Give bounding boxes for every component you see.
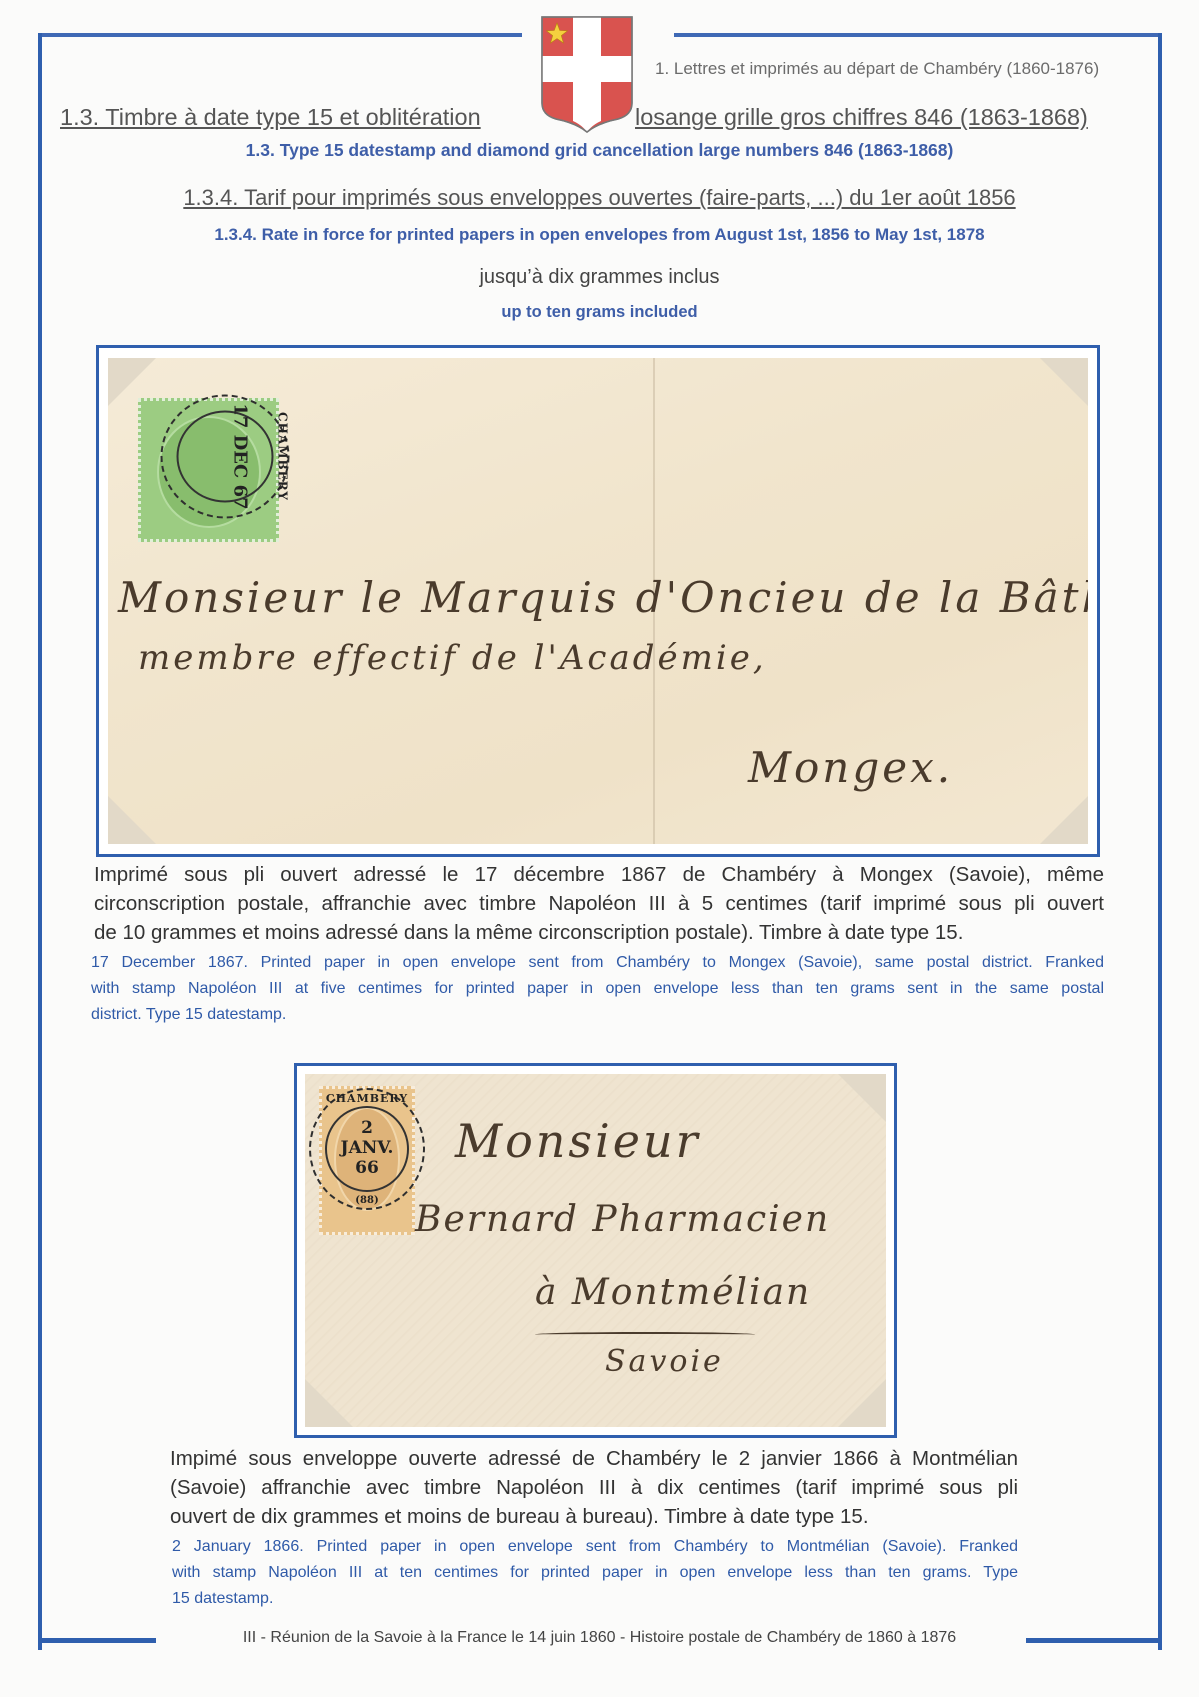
frame-top-right-line xyxy=(674,33,1162,37)
main-heading-fr-part2: losange grille gros chiffres 846 (1863-1… xyxy=(635,104,1088,131)
address-line: Monsieur le Marquis d'Oncieu de la Bâthi… xyxy=(118,573,1088,622)
address-line: à Montmélian xyxy=(535,1272,811,1313)
caption-line: with stamp Napoléon III at five centimes… xyxy=(91,976,1104,1002)
weight-heading-fr: jusqu’à dix grammes inclus xyxy=(0,266,1199,289)
cover-1-caption-en: 17 December 1867. Printed paper in open … xyxy=(91,950,1104,1028)
series-title: 1. Lettres et imprimés au départ de Cham… xyxy=(655,59,1099,79)
caption-line: Impimé sous enveloppe ouverte adressé de… xyxy=(170,1444,1018,1473)
mount-corner-icon xyxy=(1040,796,1088,844)
main-heading-fr-part1: 1.3. Timbre à date type 15 et oblitérati… xyxy=(60,104,481,131)
cover-2-caption-en: 2 January 1866. Printed paper in open en… xyxy=(172,1534,1018,1612)
address-line: Mongex. xyxy=(748,743,953,792)
postmark-month: JANV. xyxy=(311,1138,423,1158)
page-footer: III - Réunion de la Savoie à la France l… xyxy=(0,1629,1199,1647)
caption-line: 2 January 1866. Printed paper in open en… xyxy=(172,1534,1018,1560)
cover-2-paper: CHAMBERY 2 JANV. 66 (88) Monsieur Bernar… xyxy=(305,1074,886,1427)
caption-line: district. Type 15 datestamp. xyxy=(91,1002,1104,1028)
address-line: Bernard Pharmacien xyxy=(415,1199,830,1240)
cover-2-image: CHAMBERY 2 JANV. 66 (88) Monsieur Bernar… xyxy=(294,1063,897,1438)
postmark-date: 2 JANV. 66 xyxy=(311,1118,423,1178)
postmark-date: 17 DEC 67 xyxy=(230,397,250,517)
cover-2-caption-fr: Impimé sous enveloppe ouverte adressé de… xyxy=(170,1444,1018,1531)
cover-1-caption-fr: Imprimé sous pli ouvert adressé le 17 dé… xyxy=(94,860,1104,947)
caption-line: 17 December 1867. Printed paper in open … xyxy=(91,950,1104,976)
mount-corner-icon xyxy=(305,1379,353,1427)
mount-corner-icon xyxy=(108,796,156,844)
caption-line: de 10 grammes et moins adressé dans la m… xyxy=(94,918,1104,947)
footer-text: III - Réunion de la Savoie à la France l… xyxy=(223,1629,976,1646)
cover-1-paper: CHAMBERY 17 DEC 67 Monsieur le Marquis d… xyxy=(108,358,1088,844)
postmark-chambery-1866: CHAMBERY 2 JANV. 66 (88) xyxy=(309,1088,425,1210)
address-line: Savoie xyxy=(605,1344,724,1379)
caption-line: (Savoie) affranchie avec timbre Napoléon… xyxy=(170,1473,1018,1502)
postmark-day: 2 xyxy=(311,1118,423,1138)
sub-heading-fr: 1.3.4. Tarif pour imprimés sous envelopp… xyxy=(0,185,1199,211)
caption-line: Imprimé sous pli ouvert adressé le 17 dé… xyxy=(94,860,1104,889)
postmark-city: CHAMBERY xyxy=(276,397,290,517)
sub-heading-en: 1.3.4. Rate in force for printed papers … xyxy=(0,225,1199,245)
caption-line: circonscription postale, affranchie avec… xyxy=(94,889,1104,918)
postmark-city: CHAMBERY xyxy=(311,1092,423,1105)
main-heading-en: 1.3. Type 15 datestamp and diamond grid … xyxy=(0,140,1199,161)
address-line: membre effectif de l'Académie, xyxy=(138,638,767,678)
weight-heading-en: up to ten grams included xyxy=(0,303,1199,322)
mount-corner-icon xyxy=(838,1074,886,1122)
frame-top-left-line xyxy=(38,33,522,37)
savoy-shield-icon xyxy=(540,15,634,133)
address-line: Monsieur xyxy=(455,1114,701,1168)
address-underline xyxy=(535,1332,755,1337)
caption-line: ouvert de dix grammes et moins de bureau… xyxy=(170,1502,1018,1531)
postmark-bottom: (88) xyxy=(311,1195,423,1206)
cover-1-image: CHAMBERY 17 DEC 67 Monsieur le Marquis d… xyxy=(96,345,1100,857)
postmark-year: 66 xyxy=(311,1158,423,1178)
mount-corner-icon xyxy=(838,1379,886,1427)
mount-corner-icon xyxy=(1040,358,1088,406)
caption-line: with stamp Napoléon III at ten centimes … xyxy=(172,1560,1018,1586)
postmark-inner-ring xyxy=(177,411,274,503)
postmark-chambery-1867: CHAMBERY 17 DEC 67 xyxy=(161,395,290,519)
caption-line: 15 datestamp. xyxy=(172,1586,1018,1612)
